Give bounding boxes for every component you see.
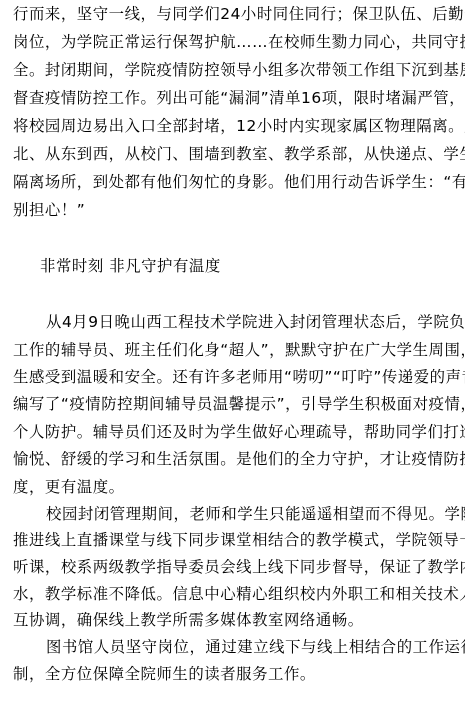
text-line: 行而来，坚守一线，与同学们24小时同住同行；保卫队伍、后勤部门坚守 bbox=[13, 4, 465, 24]
text-line: 隔离场所，到处都有他们匆忙的身影。他们用行动告诉学生：“有我在， bbox=[13, 172, 465, 192]
text-line: 度，更有温度。 bbox=[13, 477, 125, 497]
text-line: 互协调，确保线上教学所需多媒体教室网络通畅。 bbox=[13, 610, 364, 630]
text-line: 督查疫情防控工作。列出可能“漏洞”清单16项，限时堵漏严管，两天内 bbox=[13, 88, 465, 108]
text-line: 愉悦、舒缓的学习和生活氛围。是他们的全力守护，才让疫情防控既有力 bbox=[13, 449, 465, 469]
text-line: 校园封闭管理期间，老师和学生只能遥遥相望而不得见。学院积极 bbox=[46, 504, 465, 524]
text-line: 生感受到温暖和安全。还有许多老师用“唠叨”“叮咛”传递爱的声音， bbox=[13, 367, 465, 387]
text-line: 水，教学标准不降低。信息中心精心组织校内外职工和相关技术人员，相 bbox=[13, 584, 465, 604]
text-line: 全。封闭期间，学院疫情防控领导小组多次带领工作组下沉到基层一线， bbox=[13, 60, 465, 80]
text-line: 听课，校系两级教学指导委员会线上线下同步督导，保证了教学内容不缩 bbox=[13, 557, 465, 577]
text-line: 图书馆人员坚守岗位，通过建立线下与线上相结合的工作运行机 bbox=[46, 637, 465, 657]
text-line: 工作的辅导员、班主任们化身“超人”，默默守护在广大学生周围，让学 bbox=[13, 340, 465, 360]
text-line: 别担心！” bbox=[13, 200, 85, 220]
text-line: 将校园周边易出入口全部封堵，12小时内实现家属区物理隔离。从南到 bbox=[13, 116, 465, 136]
text-line: 推进线上直播课堂与线下同步课堂相结合的教学模式，学院领导一线调研 bbox=[13, 530, 465, 550]
text-line: 编写了“疫情防控期间辅导员温馨提示”，引导学生积极面对疫情，做好 bbox=[13, 394, 465, 414]
text-line: 岗位，为学院正常运行保驾护航……在校师生勠力同心，共同守护校园安 bbox=[13, 32, 465, 52]
section-heading: 非常时刻 非凡守护有温度 bbox=[40, 256, 221, 276]
text-line: 个人防护。辅导员们还及时为学生做好心理疏导，帮助同学们打造轻松、 bbox=[13, 422, 465, 442]
document-page: 行而来，坚守一线，与同学们24小时同住同行；保卫队伍、后勤部门坚守 岗位，为学院… bbox=[0, 0, 465, 701]
text-line: 制，全方位保障全院师生的读者服务工作。 bbox=[13, 664, 316, 684]
text-line: 北、从东到西，从校门、围墙到教室、教学系部，从快递点、学生食堂到 bbox=[13, 144, 465, 164]
text-line: 从4月9日晚山西工程技术学院进入封闭管理状态后，学院负责学生 bbox=[46, 312, 465, 332]
